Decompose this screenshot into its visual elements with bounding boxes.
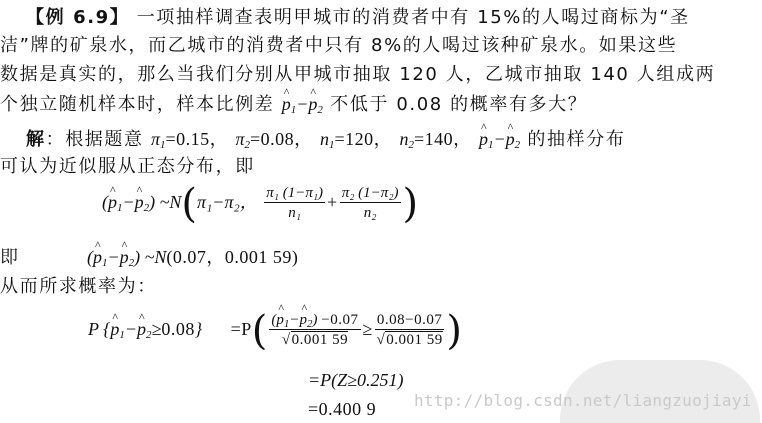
problem-line-2: 洁”牌的矿泉水，而乙城市的消费者中只有 8%的人喝过该种矿泉水。如果这些 [0,34,677,58]
n1-value: =120， [334,129,392,149]
solution-intro: ：根据题意 [46,129,144,150]
variance-term-1: π₁ (1−π₁)n₁ [264,184,325,223]
formula2-lhs: (p1−p2) ~N [87,247,166,267]
formula-numeric: 即 (p1−p2) ~N(0.07，0.001 59) [0,245,298,270]
formula3-lhs: P {p1−p2≥0.08} [88,319,202,339]
plus-sign: + [327,192,338,212]
problem-text-1: 一项抽样调查表明甲城市的消费者中有 15%的人喝过商标为“圣 [137,7,690,28]
z-fraction-2: 0.08−0.07√0.001 59 [375,311,444,350]
eq1-prefix: =P [231,319,252,339]
solution-line-2: 可认为近似服从正态分布，即 [0,155,255,179]
formula1-lhs: (p1−p2) ~N [102,192,181,212]
problem-text-4a: 个独立随机样本时，样本比例差 [0,94,274,115]
problem-text-4b: 不低于 0.08 的概率有多大？ [330,94,587,115]
ji-label: 即 [0,247,20,268]
probability-intro: 从而所求概率为： [0,275,157,299]
formula-distribution: (p1−p2) ~N(π₁−π₂， π₁ (1−π₁)n₁+π₂ (1−π₂)n… [102,180,418,224]
pi1-value: =0.15， [165,129,228,149]
formula3-step2: =P(Z≥0.251) [308,368,404,392]
n2-value: =140， [414,129,472,149]
solution-line-1: 解：根据题意 π1=0.15， π2=0.08， n1=120， n2=140，… [26,127,625,152]
problem-line-4: 个独立随机样本时，样本比例差 p1−p2 不低于 0.08 的概率有多大？ [0,92,587,117]
pi1-symbol: π1 [151,129,166,149]
pi2-value: =0.08， [250,129,313,149]
formula3-result: =0.400 9 [308,397,376,421]
problem-line-3: 数据是真实的，那么当我们分别从甲城市抽取 120 人，乙城市抽取 140 人组成… [0,63,715,87]
formula-probability: P {p1−p2≥0.08} =P((p1−p2) −0.07√0.001 59… [88,305,462,353]
example-label: 【例 6.9】 [26,7,129,28]
problem-line-1: 【例 6.9】 一项抽样调查表明甲城市的消费者中有 15%的人喝过商标为“圣 [26,6,690,30]
watermark-url: http://blog.csdn.net/liangzuojiayi [414,391,752,410]
solution-tail: 的抽样分布 [527,129,625,150]
variance-term-2: π₂ (1−π₂)n₂ [340,184,401,223]
geq-sign: ≥ [363,319,373,339]
n1-symbol: n1 [320,129,335,149]
formula1-mean: π₁−π₂， [197,192,258,212]
z-fraction-1: (p1−p2) −0.07√0.001 59 [269,311,360,350]
n2-symbol: n2 [399,129,414,149]
p-hat-diff: p1−p2 [282,94,323,114]
formula2-params: (0.07，0.001 59) [166,247,298,267]
p-hat-diff-2: p1−p2 [479,129,520,149]
pi2-symbol: π2 [235,129,250,149]
solution-label: 解 [26,129,46,150]
